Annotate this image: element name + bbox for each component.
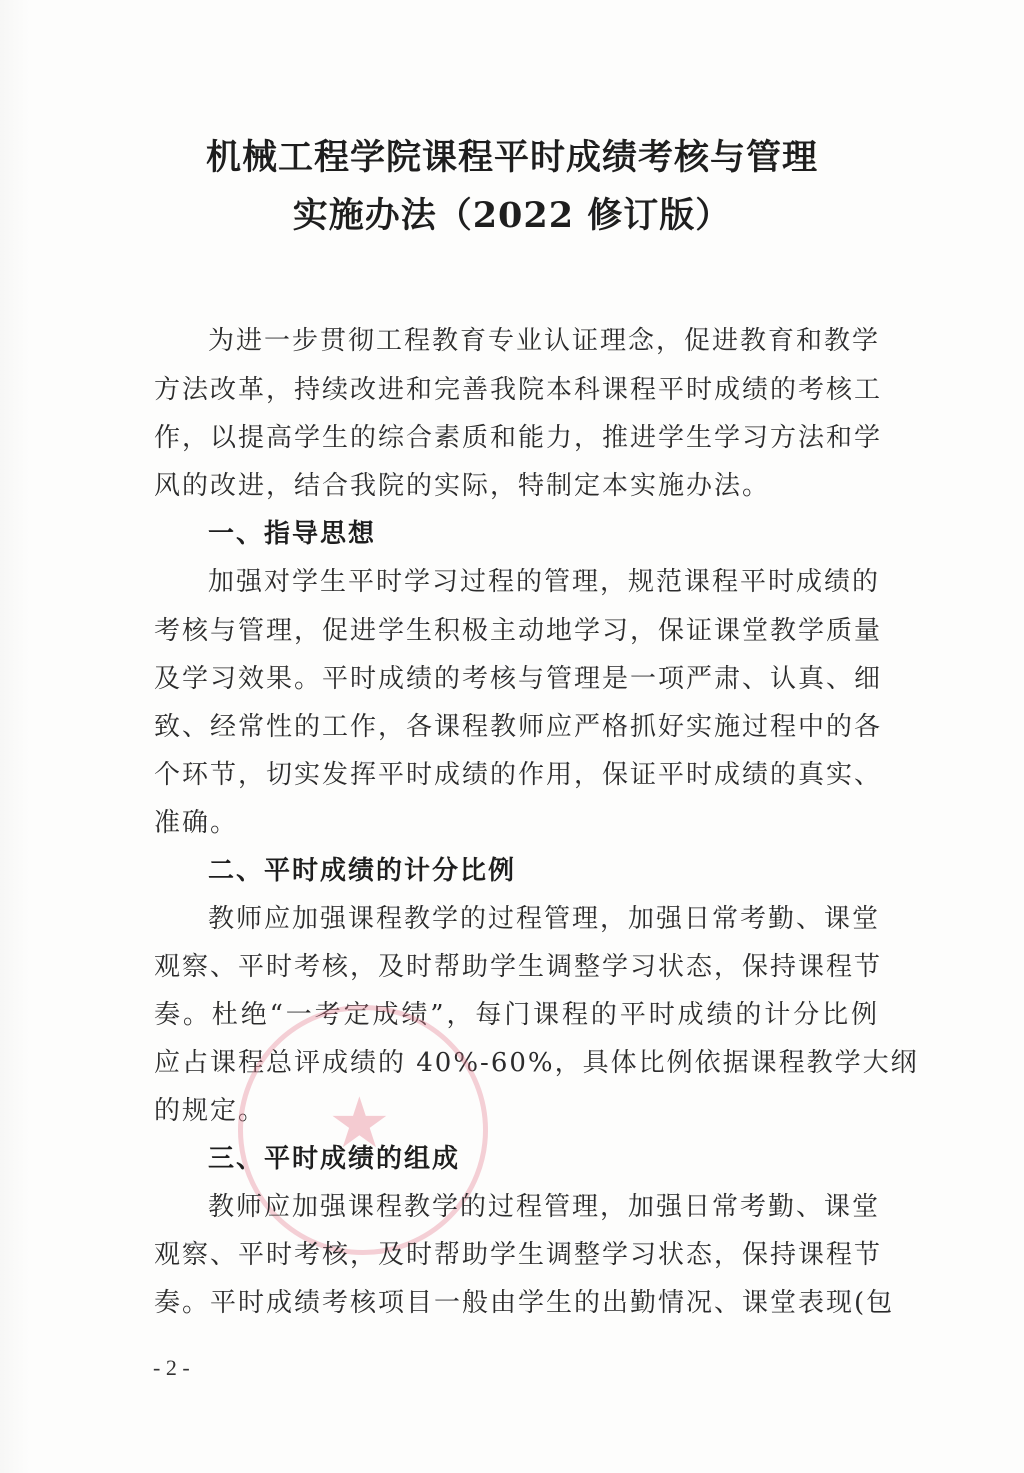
document-page: 机械工程学院课程平时成绩考核与管理 实施办法（2022 修订版） 为进一步贯彻工… <box>0 0 1024 1473</box>
intro-line-3: 作，以提高学生的综合素质和能力，推进学生学习方法和学 <box>154 421 879 455</box>
section-1-heading: 一、指导思想 <box>208 517 376 551</box>
section-3-line-3: 奏。平时成绩考核项目一般由学生的出勤情况、课堂表现(包 <box>154 1286 879 1320</box>
document-title-line-1: 机械工程学院课程平时成绩考核与管理 <box>0 130 1024 180</box>
intro-line-2: 方法改革，持续改进和完善我院本科课程平时成绩的考核工 <box>154 373 879 407</box>
intro-line-4: 风的改进，结合我院的实际，特制定本实施办法。 <box>154 469 879 503</box>
section-2-heading: 二、平时成绩的计分比例 <box>208 854 516 888</box>
section-2-line-4: 应占课程总评成绩的 40%-60%，具体比例依据课程教学大纲 <box>154 1046 879 1080</box>
section-3-line-1: 教师应加强课程教学的过程管理，加强日常考勤、课堂 <box>208 1190 879 1224</box>
section-1-line-6: 准确。 <box>154 806 879 840</box>
section-3-line-2: 观察、平时考核，及时帮助学生调整学习状态，保持课程节 <box>154 1238 879 1272</box>
section-1-line-1: 加强对学生平时学习过程的管理，规范课程平时成绩的 <box>208 565 879 599</box>
section-2-line-5: 的规定。 <box>154 1094 879 1128</box>
section-1-line-3: 及学习效果。平时成绩的考核与管理是一项严肃、认真、细 <box>154 662 879 696</box>
section-2-line-3: 奏。杜绝“一考定成绩”，每门课程的平时成绩的计分比例 <box>154 998 879 1032</box>
intro-line-1: 为进一步贯彻工程教育专业认证理念，促进教育和教学 <box>208 324 879 358</box>
section-1-line-2: 考核与管理，促进学生积极主动地学习，保证课堂教学质量 <box>154 614 879 648</box>
section-2-line-1: 教师应加强课程教学的过程管理，加强日常考勤、课堂 <box>208 902 879 936</box>
document-title-line-2: 实施办法（2022 修订版） <box>0 188 1024 238</box>
section-2-line-2: 观察、平时考核，及时帮助学生调整学习状态，保持课程节 <box>154 950 879 984</box>
section-1-line-4: 致、经常性的工作，各课程教师应严格抓好实施过程中的各 <box>154 710 879 744</box>
page-number: - 2 - <box>153 1355 190 1381</box>
section-3-heading: 三、平时成绩的组成 <box>208 1142 460 1176</box>
section-1-line-5: 个环节，切实发挥平时成绩的作用，保证平时成绩的真实、 <box>154 758 879 792</box>
